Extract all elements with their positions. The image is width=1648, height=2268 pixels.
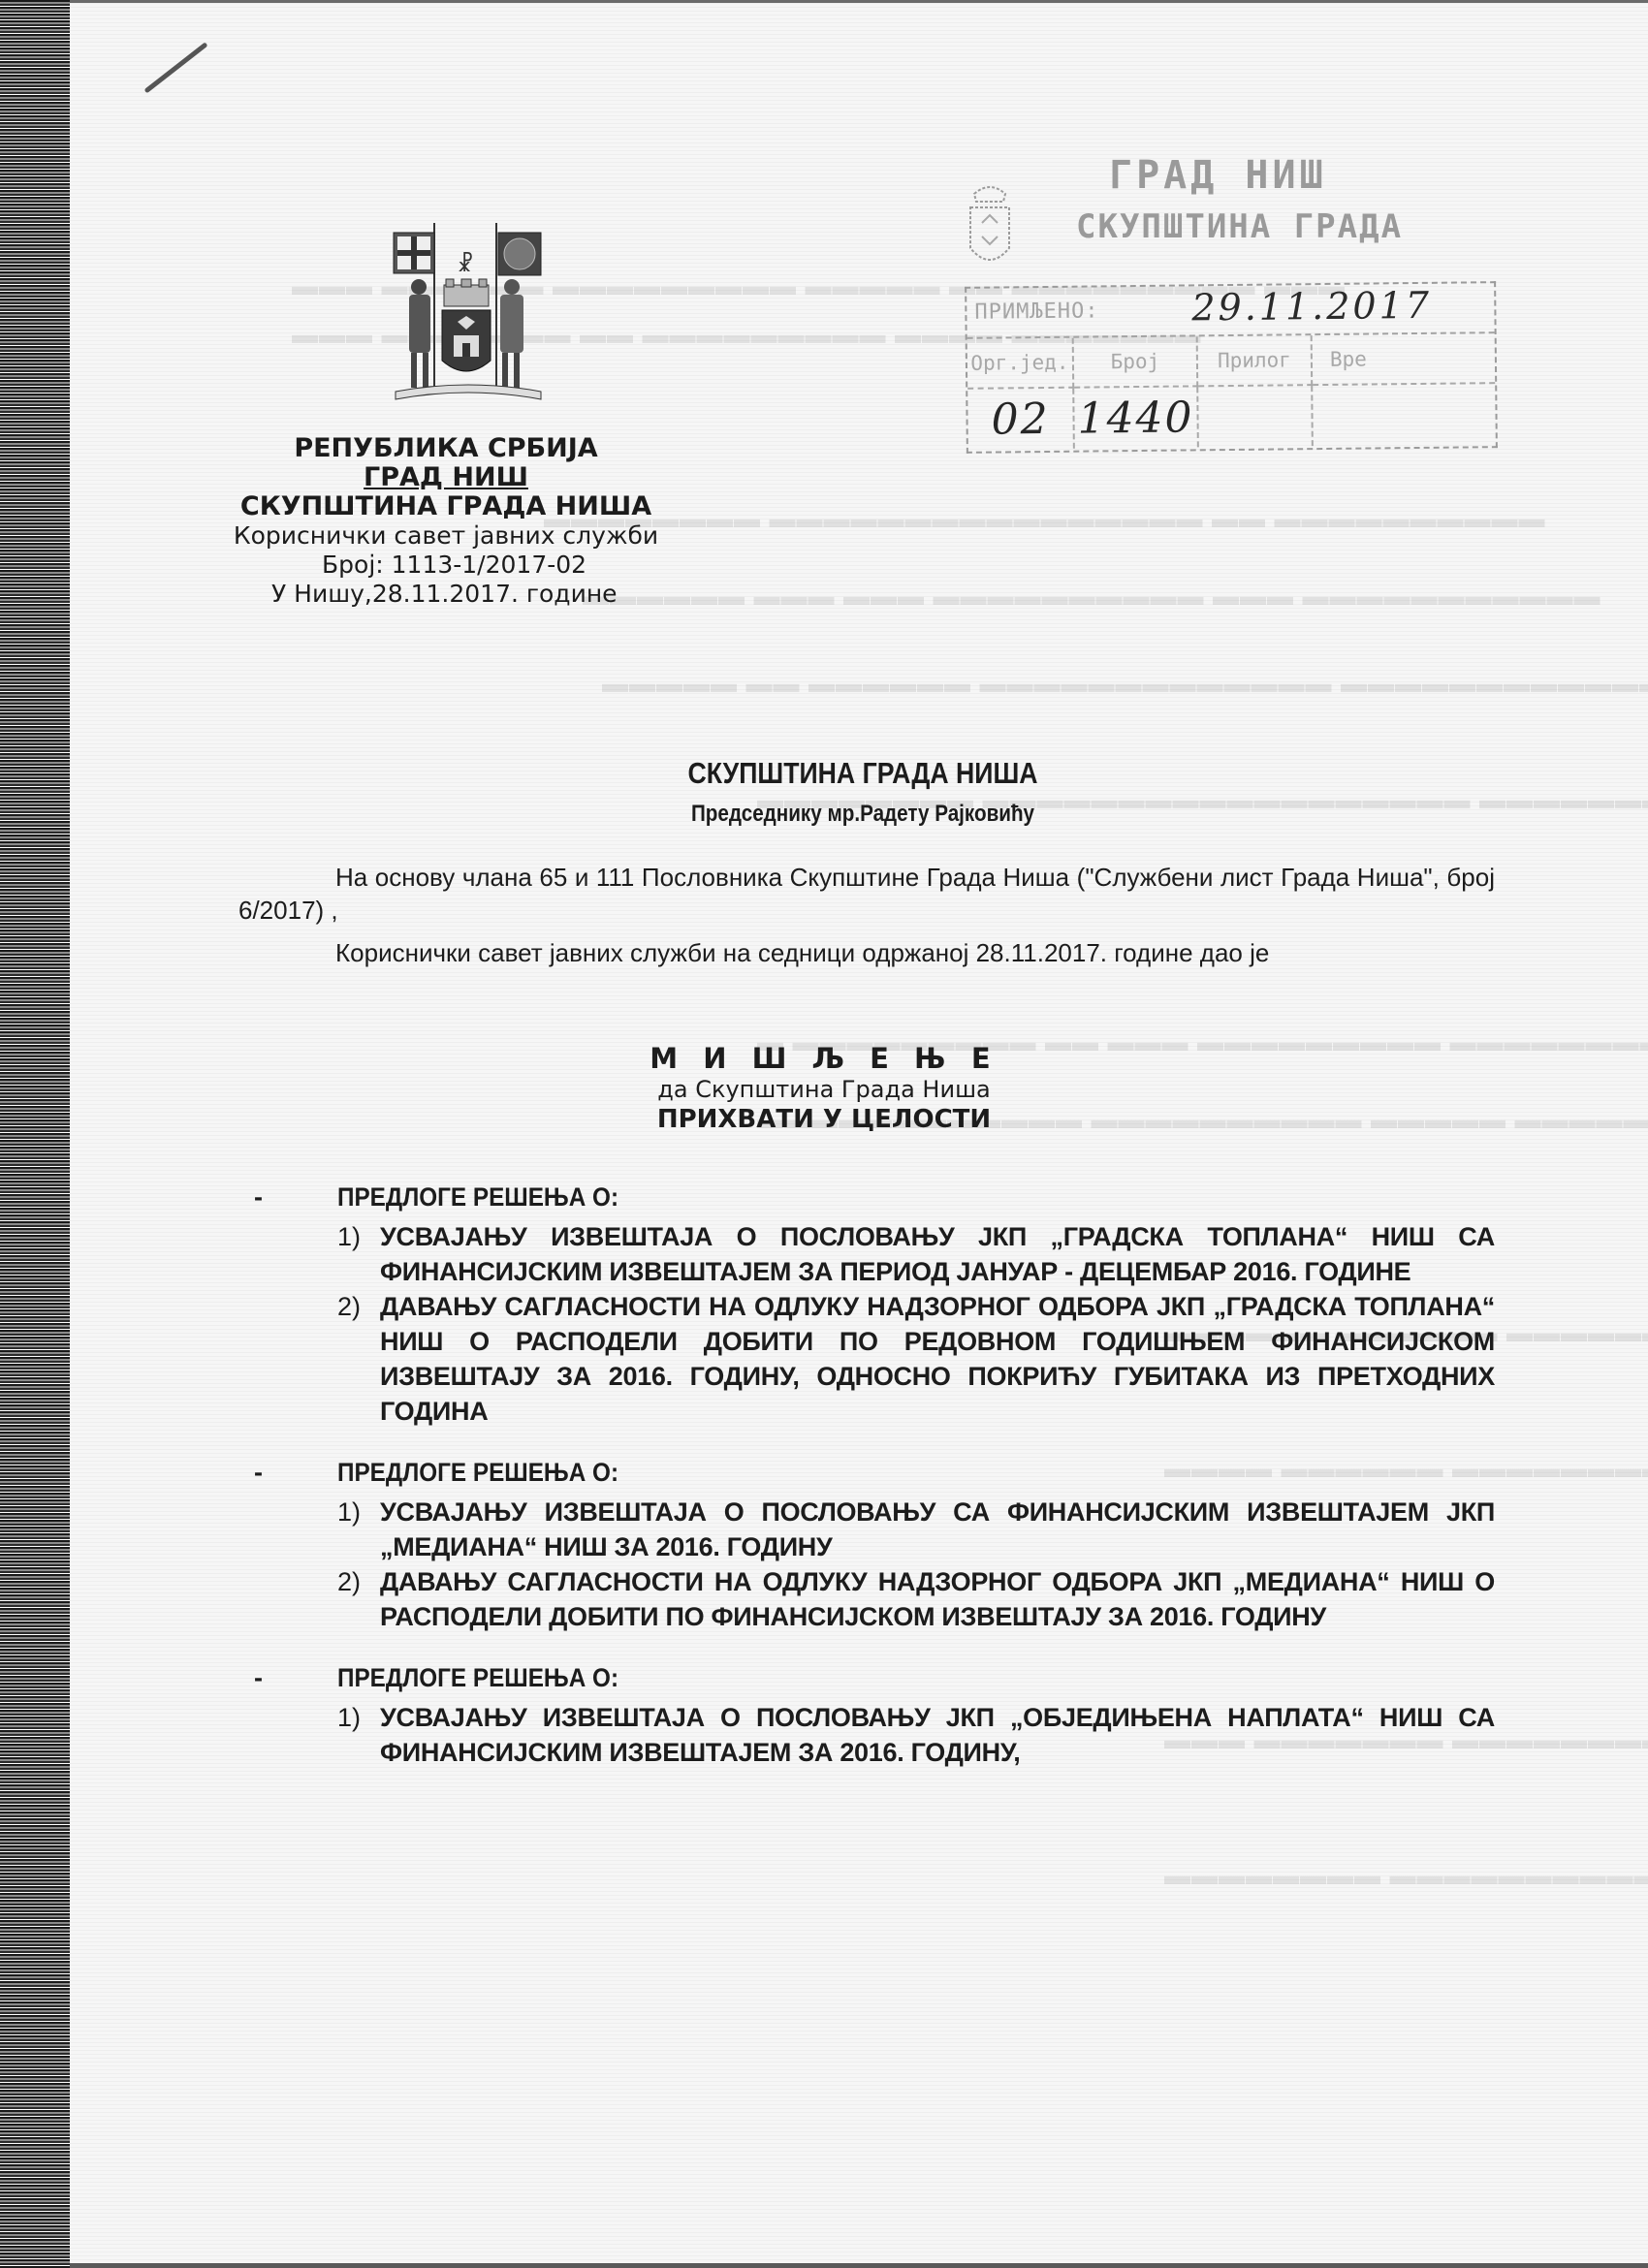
proposal-item: 1) УСВАЈАЊУ ИЗВЕШТАЈА О ПОСЛОВАЊУ ЈКП „Г…	[337, 1219, 1495, 1289]
proposal-group-title: ПРЕДЛОГЕ РЕШЕЊА О:	[337, 1663, 618, 1693]
proposal-item: 1) УСВАЈАЊУ ИЗВЕШТАЈА О ПОСЛОВАЊУ СА ФИН…	[337, 1495, 1495, 1564]
intro-paragraph-legal-basis: На основу члана 65 и 111 Пословника Скуп…	[238, 861, 1495, 927]
item-text: УСВАЈАЊУ ИЗВЕШТАЈА О ПОСЛОВАЊУ СА ФИНАНС…	[380, 1495, 1495, 1564]
proposal-group: - ПРЕДЛОГЕ РЕШЕЊА О: 1) УСВАЈАЊУ ИЗВЕШТА…	[254, 1182, 1495, 1429]
item-number: 2)	[337, 1564, 380, 1599]
opinion-title: М И Ш Љ Е Њ Е	[582, 1042, 1066, 1075]
stamp-crest-icon	[965, 180, 1015, 273]
item-text: ДАВАЊУ САГЛАСНОСТИ НА ОДЛУКУ НАДЗОРНОГ О…	[380, 1564, 1495, 1634]
proposal-group: - ПРЕДЛОГЕ РЕШЕЊА О: 1) УСВАЈАЊУ ИЗВЕШТА…	[254, 1663, 1495, 1770]
document-number: Број: 1113-1/2017-02	[301, 551, 659, 580]
item-number: 2)	[337, 1289, 380, 1324]
addressee-title: СКУПШТИНА ГРАДА НИША	[321, 754, 1405, 793]
addressee: СКУПШТИНА ГРАДА НИША Председнику мр.Раде…	[233, 754, 1493, 830]
stamp-number-value: 1440	[1077, 393, 1194, 443]
assembly-name: СКУПШТИНА ГРАДА НИША	[233, 492, 659, 521]
opinion-decision: ПРИХВАТИ У ЦЕЛОСТИ	[582, 1104, 1066, 1135]
received-stamp: ПРИМЉЕНО: 29.11.2017 Орг.јед. Број Прило…	[965, 281, 1498, 454]
item-number: 1)	[337, 1219, 380, 1254]
city-name: ГРАД НИШ	[233, 463, 659, 492]
opinion-subtitle: да Скупштина Града Ниша	[582, 1075, 1066, 1104]
bullet-dash: -	[254, 1458, 337, 1488]
opinion-heading: М И Ш Љ Е Њ Е да Скупштина Града Ниша ПР…	[582, 1042, 1066, 1135]
intro-text: На основу члана 65 и 111 Пословника Скуп…	[238, 861, 1495, 969]
coat-of-arms-icon: ☧	[376, 215, 560, 401]
stamp-col-org-unit: Орг.јед.	[970, 351, 1068, 375]
stamp-received-date: 29.11.2017	[1191, 284, 1432, 330]
item-number: 1)	[337, 1495, 380, 1529]
document-page: ☧ РЕПУБЛИКА СРБИЈА ГРАД НИШ	[0, 0, 1648, 2268]
stamp-org-line2: СКУПШТИНА ГРАДА	[1076, 207, 1403, 246]
proposal-item: 1) УСВАЈАЊУ ИЗВЕШТАЈА О ПОСЛОВАЊУ ЈКП „О…	[337, 1700, 1495, 1770]
council-name: Кориснички савет јавних служби	[233, 521, 659, 551]
item-number: 1)	[337, 1700, 380, 1735]
proposal-item: 2) ДАВАЊУ САГЛАСНОСТИ НА ОДЛУКУ НАДЗОРНО…	[337, 1564, 1495, 1634]
stamp-col-value: Вре	[1330, 348, 1367, 371]
country-name: РЕПУБЛИКА СРБИЈА	[233, 434, 659, 463]
letterhead: РЕПУБЛИКА СРБИЈА ГРАД НИШ СКУПШТИНА ГРАД…	[233, 434, 659, 609]
stamp-received-label: ПРИМЉЕНО:	[974, 299, 1098, 324]
addressee-recipient: Председнику мр.Радету Рајковићу	[321, 799, 1405, 830]
stamp-col-number: Број	[1111, 350, 1160, 374]
bullet-dash: -	[254, 1663, 337, 1693]
stamp-org-line1: ГРАД НИШ	[1109, 153, 1403, 198]
proposal-group: - ПРЕДЛОГЕ РЕШЕЊА О: 1) УСВАЈАЊУ ИЗВЕШТА…	[254, 1458, 1495, 1634]
proposal-list: - ПРЕДЛОГЕ РЕШЕЊА О: 1) УСВАЈАЊУ ИЗВЕШТА…	[254, 1182, 1495, 1799]
stamp-organization: ГРАД НИШ СКУПШТИНА ГРАДА	[1076, 153, 1403, 246]
proposal-group-title: ПРЕДЛОГЕ РЕШЕЊА О:	[337, 1182, 618, 1213]
intro-paragraph-council: Кориснички савет јавних служби на седниц…	[238, 936, 1495, 969]
item-text: УСВАЈАЊУ ИЗВЕШТАЈА О ПОСЛОВАЊУ ЈКП „ОБЈЕ…	[380, 1700, 1495, 1770]
place-date: У Нишу,28.11.2017. године	[271, 580, 659, 609]
stamp-org-unit-value: 02	[991, 394, 1050, 444]
item-text: УСВАЈАЊУ ИЗВЕШТАЈА О ПОСЛОВАЊУ ЈКП „ГРАД…	[380, 1219, 1495, 1289]
bullet-dash: -	[254, 1182, 337, 1213]
proposal-item: 2) ДАВАЊУ САГЛАСНОСТИ НА ОДЛУКУ НАДЗОРНО…	[337, 1289, 1495, 1429]
stamp-col-attachment: Прилог	[1218, 348, 1291, 372]
svg-text:☧: ☧	[457, 251, 473, 277]
item-text: ДАВАЊУ САГЛАСНОСТИ НА ОДЛУКУ НАДЗОРНОГ О…	[380, 1289, 1495, 1429]
proposal-group-title: ПРЕДЛОГЕ РЕШЕЊА О:	[337, 1458, 618, 1488]
